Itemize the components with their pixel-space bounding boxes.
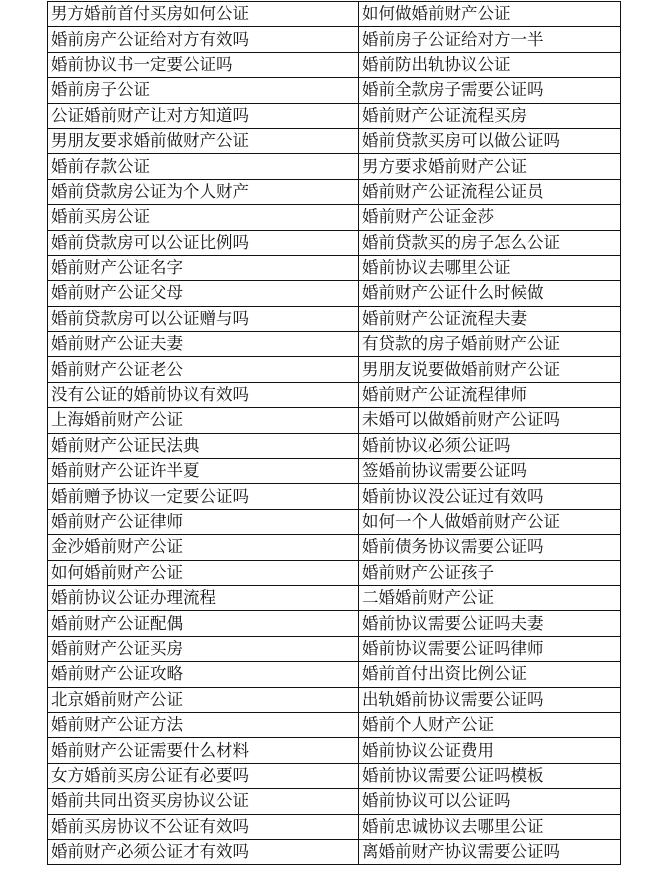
keyword-cell-right: 婚前财产公证流程夫妻 <box>359 306 621 331</box>
table-row: 婚前房产公证给对方有效吗婚前房子公证给对方一半 <box>48 27 621 52</box>
table-row: 婚前贷款房公证为个人财产婚前财产公证流程公证员 <box>48 179 621 204</box>
keyword-cell-left: 婚前贷款房可以公证比例吗 <box>48 230 359 255</box>
keyword-cell-right: 婚前协议需要公证吗夫妻 <box>359 611 621 636</box>
table-row: 婚前财产公证方法婚前个人财产公证 <box>48 712 621 737</box>
table-row: 婚前财产公证律师如何一个人做婚前财产公证 <box>48 509 621 534</box>
keyword-cell-right: 签婚前协议需要公证吗 <box>359 459 621 484</box>
keyword-cell-left: 婚前财产公证方法 <box>48 712 359 737</box>
table-row: 公证婚前财产让对方知道吗婚前财产公证流程买房 <box>48 103 621 128</box>
keyword-cell-left: 婚前财产公证买房 <box>48 636 359 661</box>
keyword-cell-right: 如何做婚前财产公证 <box>359 2 621 27</box>
table-row: 女方婚前买房公证有必要吗婚前协议需要公证吗模板 <box>48 763 621 788</box>
keyword-cell-right: 婚前协议去哪里公证 <box>359 255 621 280</box>
keyword-cell-right: 如何一个人做婚前财产公证 <box>359 509 621 534</box>
table-row: 婚前存款公证男方要求婚前财产公证 <box>48 154 621 179</box>
keyword-cell-left: 婚前财产公证父母 <box>48 281 359 306</box>
keyword-cell-left: 婚前财产公证攻略 <box>48 662 359 687</box>
table-row: 婚前共同出资买房协议公证婚前协议可以公证吗 <box>48 789 621 814</box>
keyword-cell-left: 金沙婚前财产公证 <box>48 535 359 560</box>
table-row: 婚前赠予协议一定要公证吗婚前协议没公证过有效吗 <box>48 484 621 509</box>
keyword-cell-left: 男方婚前首付买房如何公证 <box>48 2 359 27</box>
keyword-cell-left: 婚前共同出资买房协议公证 <box>48 789 359 814</box>
table-row: 婚前协议书一定要公证吗婚前防出轨协议公证 <box>48 52 621 77</box>
keyword-cell-left: 婚前买房公证 <box>48 205 359 230</box>
table-row: 婚前财产公证需要什么材料婚前协议公证费用 <box>48 738 621 763</box>
keyword-cell-right: 婚前贷款买房可以做公证吗 <box>359 128 621 153</box>
keyword-cell-left: 婚前贷款房公证为个人财产 <box>48 179 359 204</box>
keyword-cell-left: 婚前财产公证民法典 <box>48 433 359 458</box>
table-row: 婚前财产公证攻略婚前首付出资比例公证 <box>48 662 621 687</box>
keyword-cell-right: 婚前财产公证流程买房 <box>359 103 621 128</box>
keyword-cell-left: 没有公证的婚前协议有效吗 <box>48 382 359 407</box>
keyword-cell-left: 上海婚前财产公证 <box>48 408 359 433</box>
keyword-cell-left: 婚前财产公证许半夏 <box>48 459 359 484</box>
keyword-cell-right: 婚前全款房子需要公证吗 <box>359 78 621 103</box>
keyword-cell-right: 婚前个人财产公证 <box>359 712 621 737</box>
table-row: 婚前财产公证许半夏签婚前协议需要公证吗 <box>48 459 621 484</box>
keyword-cell-right: 婚前协议可以公证吗 <box>359 789 621 814</box>
table-row: 婚前房子公证婚前全款房子需要公证吗 <box>48 78 621 103</box>
keyword-cell-left: 婚前协议书一定要公证吗 <box>48 52 359 77</box>
table-row: 婚前财产公证父母婚前财产公证什么时候做 <box>48 281 621 306</box>
table-row: 婚前财产公证名字婚前协议去哪里公证 <box>48 255 621 280</box>
table-row: 没有公证的婚前协议有效吗婚前财产公证流程律师 <box>48 382 621 407</box>
table-row: 婚前财产公证民法典婚前协议必须公证吗 <box>48 433 621 458</box>
keyword-cell-left: 公证婚前财产让对方知道吗 <box>48 103 359 128</box>
keyword-cell-right: 婚前防出轨协议公证 <box>359 52 621 77</box>
keyword-cell-right: 婚前房子公证给对方一半 <box>359 27 621 52</box>
table-row: 婚前买房公证婚前财产公证金莎 <box>48 205 621 230</box>
keyword-cell-left: 婚前房产公证给对方有效吗 <box>48 27 359 52</box>
table-row: 上海婚前财产公证未婚可以做婚前财产公证吗 <box>48 408 621 433</box>
keyword-cell-right: 未婚可以做婚前财产公证吗 <box>359 408 621 433</box>
keyword-cell-left: 婚前财产公证老公 <box>48 357 359 382</box>
keyword-cell-right: 婚前协议需要公证吗律师 <box>359 636 621 661</box>
keyword-cell-left: 如何婚前财产公证 <box>48 560 359 585</box>
keyword-cell-left: 男朋友要求婚前做财产公证 <box>48 128 359 153</box>
keyword-cell-left: 北京婚前财产公证 <box>48 687 359 712</box>
keyword-cell-right: 婚前协议必须公证吗 <box>359 433 621 458</box>
keyword-cell-left: 婚前财产公证夫妻 <box>48 332 359 357</box>
keyword-cell-right: 婚前债务协议需要公证吗 <box>359 535 621 560</box>
table-row: 如何婚前财产公证婚前财产公证孩子 <box>48 560 621 585</box>
keyword-cell-left: 婚前财产公证配偶 <box>48 611 359 636</box>
keyword-table: 男方婚前首付买房如何公证如何做婚前财产公证婚前房产公证给对方有效吗婚前房子公证给… <box>47 1 621 865</box>
keyword-cell-left: 婚前存款公证 <box>48 154 359 179</box>
keyword-cell-right: 婚前首付出资比例公证 <box>359 662 621 687</box>
keyword-cell-right: 婚前协议公证费用 <box>359 738 621 763</box>
keyword-cell-left: 婚前赠予协议一定要公证吗 <box>48 484 359 509</box>
keyword-cell-right: 婚前协议没公证过有效吗 <box>359 484 621 509</box>
keyword-cell-right: 婚前财产公证流程公证员 <box>359 179 621 204</box>
table-row: 婚前财产必须公证才有效吗离婚前财产协议需要公证吗 <box>48 839 621 864</box>
table-row: 婚前财产公证老公男朋友说要做婚前财产公证 <box>48 357 621 382</box>
table-row: 婚前财产公证买房婚前协议需要公证吗律师 <box>48 636 621 661</box>
keyword-cell-left: 婚前财产公证律师 <box>48 509 359 534</box>
table-row: 婚前协议公证办理流程二婚婚前财产公证 <box>48 585 621 610</box>
table-row: 男朋友要求婚前做财产公证婚前贷款买房可以做公证吗 <box>48 128 621 153</box>
keyword-cell-right: 婚前忠诚协议去哪里公证 <box>359 814 621 839</box>
keyword-cell-right: 婚前财产公证孩子 <box>359 560 621 585</box>
table-row: 婚前财产公证配偶婚前协议需要公证吗夫妻 <box>48 611 621 636</box>
keyword-cell-right: 婚前协议需要公证吗模板 <box>359 763 621 788</box>
keyword-cell-right: 婚前财产公证流程律师 <box>359 382 621 407</box>
keyword-cell-right: 婚前贷款买的房子怎么公证 <box>359 230 621 255</box>
table-row: 婚前财产公证夫妻有贷款的房子婚前财产公证 <box>48 332 621 357</box>
table-row: 男方婚前首付买房如何公证如何做婚前财产公证 <box>48 2 621 27</box>
keyword-cell-left: 婚前房子公证 <box>48 78 359 103</box>
keyword-cell-right: 离婚前财产协议需要公证吗 <box>359 839 621 864</box>
keyword-cell-left: 婚前协议公证办理流程 <box>48 585 359 610</box>
keyword-cell-left: 婚前财产必须公证才有效吗 <box>48 839 359 864</box>
keyword-cell-right: 出轨婚前协议需要公证吗 <box>359 687 621 712</box>
table-row: 婚前贷款房可以公证比例吗婚前贷款买的房子怎么公证 <box>48 230 621 255</box>
table-row: 婚前贷款房可以公证赠与吗婚前财产公证流程夫妻 <box>48 306 621 331</box>
keyword-cell-left: 婚前贷款房可以公证赠与吗 <box>48 306 359 331</box>
keyword-cell-left: 婚前财产公证名字 <box>48 255 359 280</box>
keyword-cell-right: 二婚婚前财产公证 <box>359 585 621 610</box>
keyword-cell-left: 婚前财产公证需要什么材料 <box>48 738 359 763</box>
keyword-cell-right: 男方要求婚前财产公证 <box>359 154 621 179</box>
table-row: 北京婚前财产公证出轨婚前协议需要公证吗 <box>48 687 621 712</box>
table-row: 婚前买房协议不公证有效吗婚前忠诚协议去哪里公证 <box>48 814 621 839</box>
table-row: 金沙婚前财产公证婚前债务协议需要公证吗 <box>48 535 621 560</box>
keyword-cell-left: 女方婚前买房公证有必要吗 <box>48 763 359 788</box>
keyword-cell-right: 男朋友说要做婚前财产公证 <box>359 357 621 382</box>
keyword-table-body: 男方婚前首付买房如何公证如何做婚前财产公证婚前房产公证给对方有效吗婚前房子公证给… <box>48 2 621 865</box>
keyword-cell-left: 婚前买房协议不公证有效吗 <box>48 814 359 839</box>
keyword-cell-right: 婚前财产公证什么时候做 <box>359 281 621 306</box>
keyword-cell-right: 婚前财产公证金莎 <box>359 205 621 230</box>
keyword-cell-right: 有贷款的房子婚前财产公证 <box>359 332 621 357</box>
